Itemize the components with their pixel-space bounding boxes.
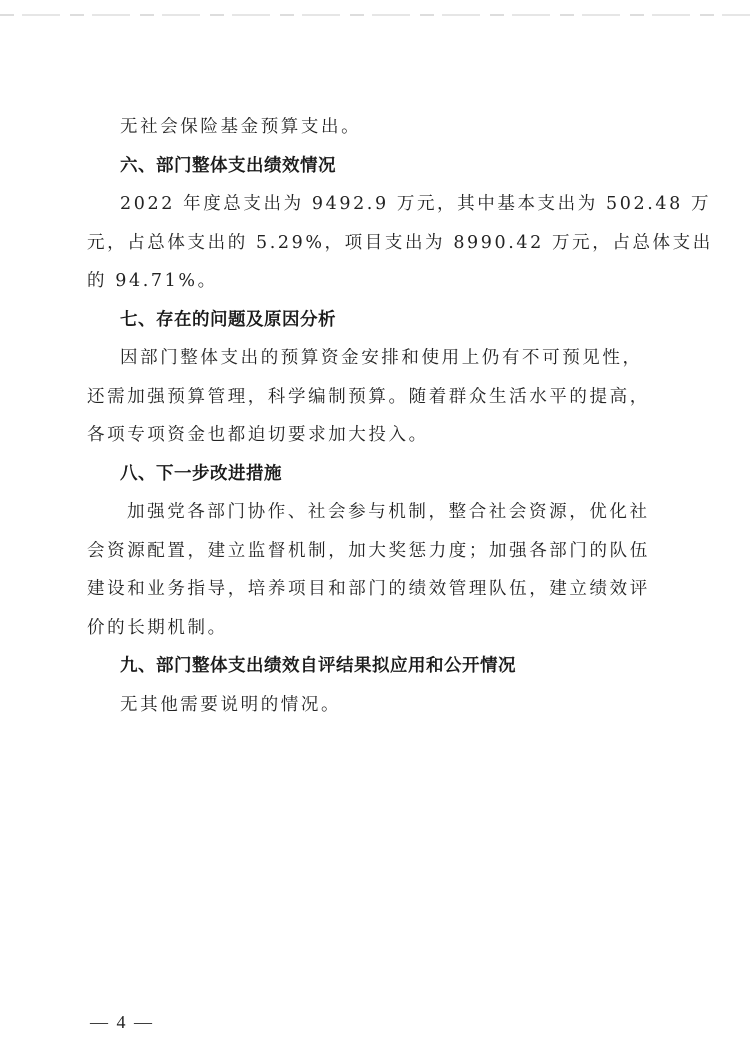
- body-line: 建设和业务指导，培养项目和部门的绩效管理队伍，建立绩效评: [87, 574, 659, 613]
- body-line: 因部门整体支出的预算资金安排和使用上仍有不可预见性，: [87, 343, 659, 382]
- document-page: 无社会保险基金预算支出。 六、部门整体支出绩效情况 2022 年度总支出为 94…: [87, 112, 659, 728]
- scan-artifact-top-line: [0, 14, 750, 16]
- section-heading-6: 六、部门整体支出绩效情况: [87, 151, 659, 190]
- body-line: 会资源配置，建立监督机制，加大奖惩力度；加强各部门的队伍: [87, 536, 659, 575]
- section-heading-8: 八、下一步改进措施: [87, 459, 659, 498]
- body-line: 各项专项资金也都迫切要求加大投入。: [87, 420, 659, 459]
- body-line: 的 94.71%。: [87, 266, 659, 305]
- body-line: 元，占总体支出的 5.29%，项目支出为 8990.42 万元，占总体支出: [87, 228, 659, 267]
- body-line: 还需加强预算管理，科学编制预算。随着群众生活水平的提高，: [87, 382, 659, 421]
- section-heading-7: 七、存在的问题及原因分析: [87, 305, 659, 344]
- page-number: — 4 —: [90, 1012, 154, 1033]
- body-line: 加强党各部门协作、社会参与机制，整合社会资源，优化社: [87, 497, 659, 536]
- body-line: 无社会保险基金预算支出。: [87, 112, 659, 151]
- body-line: 2022 年度总支出为 9492.9 万元，其中基本支出为 502.48 万: [87, 189, 659, 228]
- section-heading-9: 九、部门整体支出绩效自评结果拟应用和公开情况: [87, 651, 659, 690]
- body-line: 价的长期机制。: [87, 613, 659, 652]
- body-line: 无其他需要说明的情况。: [87, 690, 659, 729]
